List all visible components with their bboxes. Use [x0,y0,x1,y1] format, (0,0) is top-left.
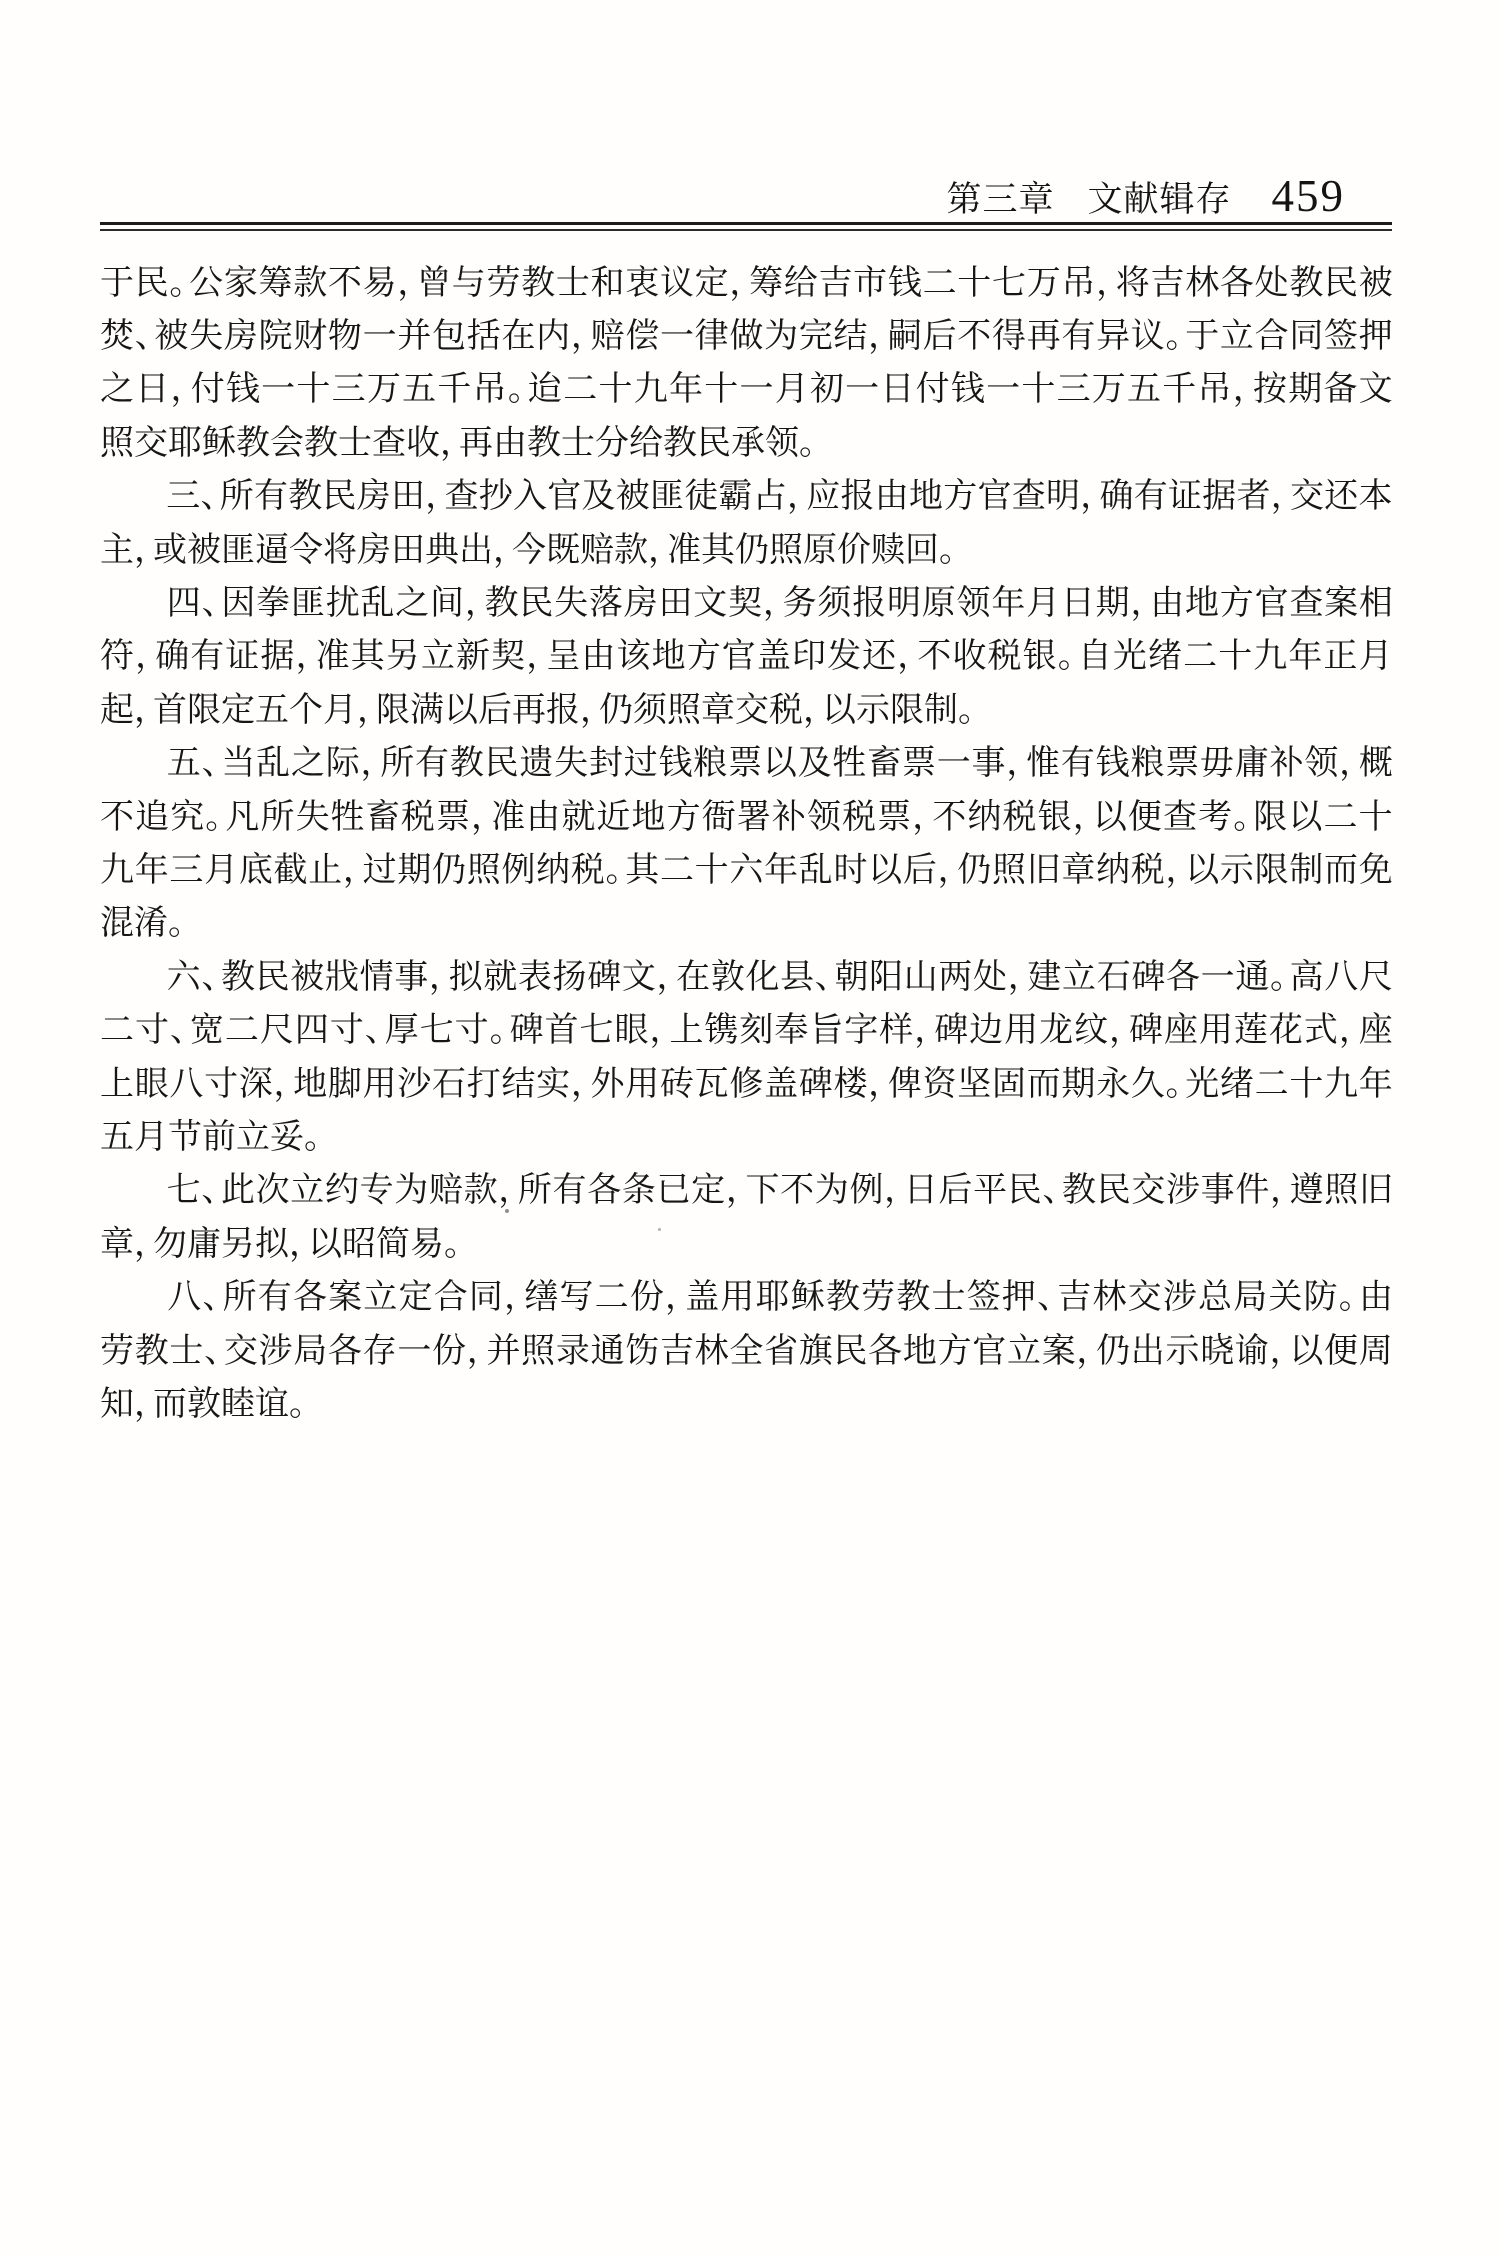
text-line: 之日，付钱一十三万五千吊。迨二十九年十一月初一日付钱一十三万五千吊，按期备文 [100,364,1393,417]
section-title: 文献辑存 [1087,172,1231,222]
page-number: 459 [1272,174,1346,219]
text-line: 照交耶稣教会教士查收，再由教士分给教民承领。 [100,417,1393,470]
scan-speck [505,1209,509,1213]
text-line: 九年三月底截止，过期仍照例纳税。其二十六年乱时以后，仍照旧章纳税，以示限制而免 [100,844,1393,897]
book-page: 第三章 文献辑存 459 于民。公家筹款不易，曾与劳教士和衷议定，筹给吉市钱二十… [0,0,1500,2255]
chapter-title: 第三章 [946,172,1054,222]
paragraph: 三、所有教民房田，查抄入官及被匪徒霸占，应报由地方官查明，确有证据者，交还本主，… [100,471,1393,578]
text-line: 上眼八寸深，地脚用沙石打结实，外用砖瓦修盖碑楼，俾资坚固而期永久。光绪二十九年 [100,1058,1393,1111]
text-line: 起，首限定五个月，限满以后再报，仍须照章交税，以示限制。 [100,684,1393,737]
paragraph: 四、因拳匪扰乱之间，教民失落房田文契，务须报明原领年月日期，由地方官查案相符，确… [100,577,1393,737]
text-line: 符，确有证据，准其另立新契，呈由该地方官盖印发还，不收税银。自光绪二十九年正月 [100,631,1393,684]
paragraph: 五、当乱之际，所有教民遗失封过钱粮票以及牲畜票一事，惟有钱粮票毋庸补领，概不追究… [100,738,1393,952]
text-line: 七、此次立约专为赔款，所有各条已定，下不为例，日后平民、教民交涉事件，遵照旧 [100,1165,1393,1218]
scan-speck [658,1228,661,1231]
header-rule [100,222,1392,231]
text-line: 八、所有各案立定合同，缮写二份，盖用耶稣教劳教士签押、吉林交涉总局关防。由 [100,1271,1393,1324]
paragraph: 于民。公家筹款不易，曾与劳教士和衷议定，筹给吉市钱二十七万吊，将吉林各处教民被焚… [100,257,1393,471]
text-line: 劳教士、交涉局各存一份，并照录通饬吉林全省旗民各地方官立案，仍出示晓谕，以便周 [100,1325,1393,1378]
text-line: 三、所有教民房田，查抄入官及被匪徒霸占，应报由地方官查明，确有证据者，交还本 [100,471,1393,524]
text-line: 不追究。凡所失牲畜税票，准由就近地方衙署补领税票，不纳税银，以便查考。限以二十 [100,791,1393,844]
text-line: 知，而敦睦谊。 [100,1378,1393,1431]
paragraph: 七、此次立约专为赔款，所有各条已定，下不为例，日后平民、教民交涉事件，遵照旧章，… [100,1165,1393,1272]
running-head: 第三章 文献辑存 459 [946,172,1345,222]
paragraph: 八、所有各案立定合同，缮写二份，盖用耶稣教劳教士签押、吉林交涉总局关防。由劳教士… [100,1271,1393,1431]
text-line: 章，勿庸另拟，以昭简易。 [100,1218,1393,1271]
text-line: 混淆。 [100,898,1393,951]
document-body: 于民。公家筹款不易，曾与劳教士和衷议定，筹给吉市钱二十七万吊，将吉林各处教民被焚… [100,257,1393,1432]
text-line: 于民。公家筹款不易，曾与劳教士和衷议定，筹给吉市钱二十七万吊，将吉林各处教民被 [100,257,1393,310]
paragraph: 六、教民被戕情事，拟就表扬碑文，在敦化县、朝阳山两处，建立石碑各一通。高八尺二寸… [100,951,1393,1165]
text-line: 五月节前立妥。 [100,1111,1393,1164]
text-line: 焚、被失房院财物一并包括在内，赔偿一律做为完结，嗣后不得再有异议。于立合同签押 [100,310,1393,363]
text-line: 主，或被匪逼令将房田典出，今既赔款，准其仍照原价赎回。 [100,524,1393,577]
text-line: 六、教民被戕情事，拟就表扬碑文，在敦化县、朝阳山两处，建立石碑各一通。高八尺 [100,951,1393,1004]
text-line: 五、当乱之际，所有教民遗失封过钱粮票以及牲畜票一事，惟有钱粮票毋庸补领，概 [100,738,1393,791]
text-line: 四、因拳匪扰乱之间，教民失落房田文契，务须报明原领年月日期，由地方官查案相 [100,577,1393,630]
text-line: 二寸、宽二尺四寸、厚七寸。碑首七眼，上镌刻奉旨字样，碑边用龙纹，碑座用莲花式，座 [100,1004,1393,1057]
